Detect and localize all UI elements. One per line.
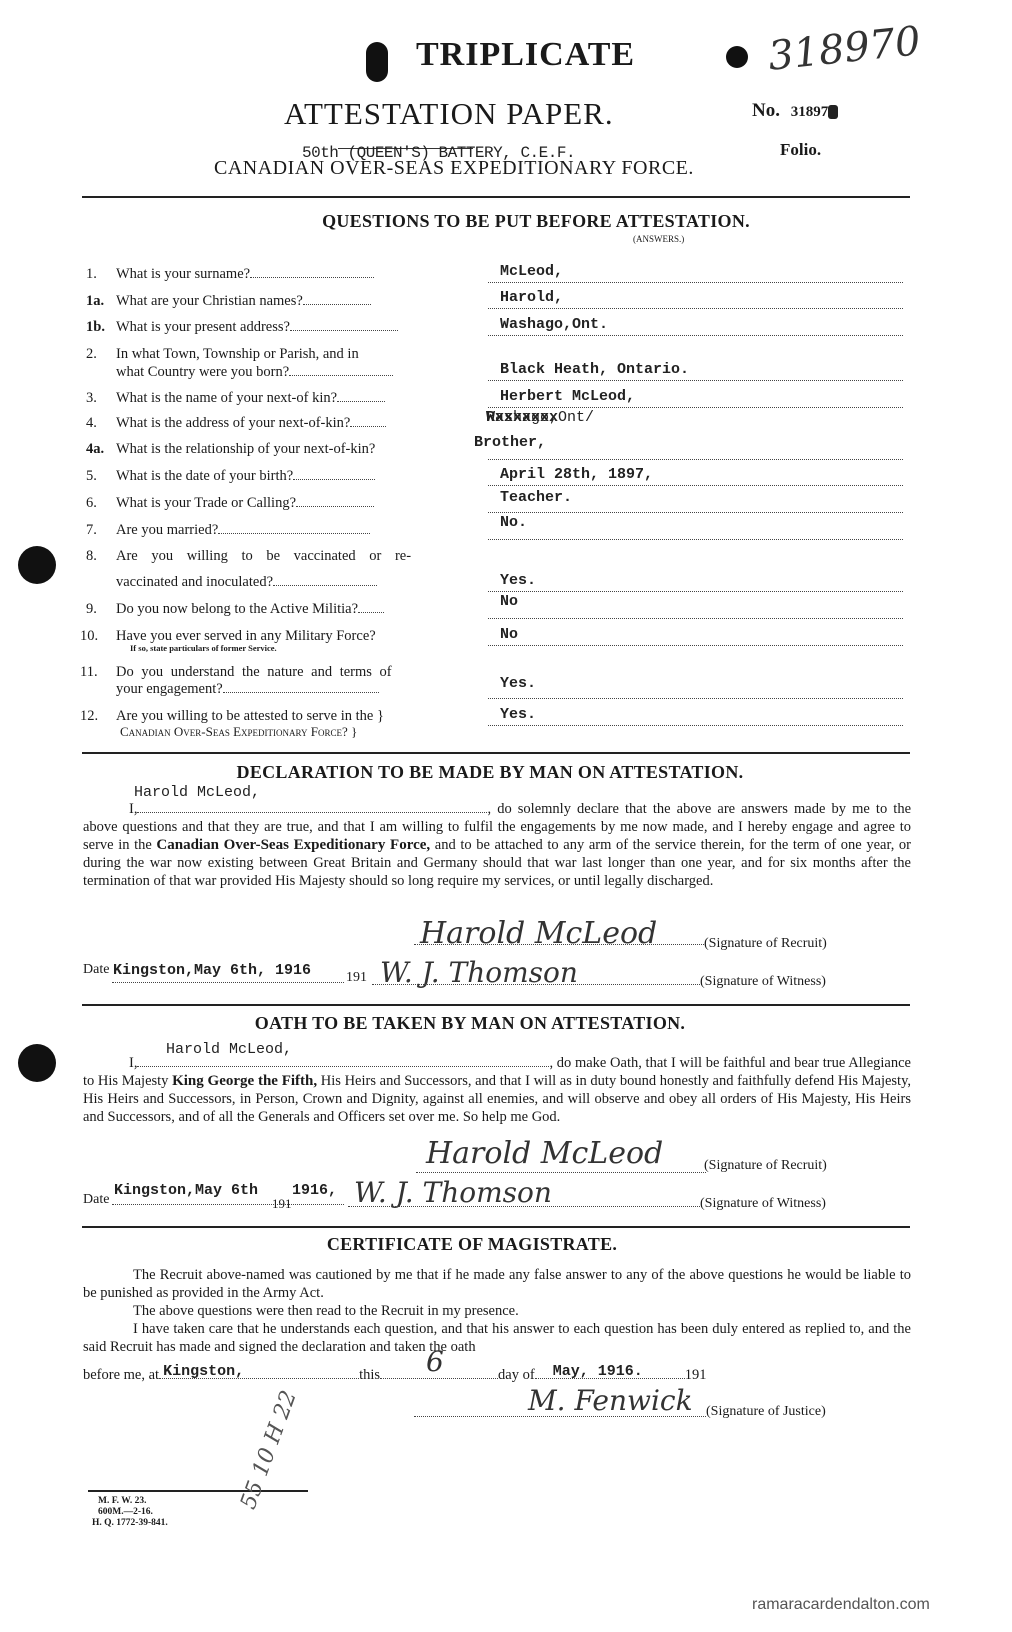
- magistrate-place: Kingston,: [163, 1363, 244, 1380]
- magistrate-title: CERTIFICATE OF MAGISTRATE.: [0, 1234, 978, 1255]
- recruit-signature-line-1: [414, 944, 704, 945]
- magistrate-day: 6: [426, 1345, 444, 1378]
- punch-hole-top-left: [366, 42, 388, 82]
- witness-signature-oath: W. J. Thomson: [354, 1176, 552, 1209]
- recruit-sig-label-1: (Signature of Recruit): [704, 936, 827, 952]
- punch-hole-left-lower: [18, 1044, 56, 1082]
- form-code-3: H. Q. 1772-39-841.: [92, 1518, 168, 1529]
- magistrate-p3: I have taken care that he understands ea…: [83, 1320, 911, 1356]
- question-4a: 4a.What is the relationship of your next…: [86, 440, 375, 458]
- question-2-cont: what Country were you born?: [86, 363, 393, 381]
- question-8-cont: vaccinated and inoculated?: [86, 573, 377, 591]
- answer-active-militia: No: [488, 600, 903, 619]
- magistrate-month: May, 1916.: [553, 1363, 643, 1380]
- question-12-cont: Canadian Over-Seas Expeditionary Force? …: [80, 723, 357, 741]
- number-label: No. 31897: [752, 100, 838, 122]
- answer-trade: Teacher.: [488, 494, 903, 513]
- question-1a: 1a.What are your Christian names?: [86, 292, 371, 310]
- answer-surname: McLeod,: [488, 264, 903, 283]
- watermark: ramaracardendalton.com: [752, 1596, 930, 1614]
- justice-signature: M. Fenwick: [528, 1384, 693, 1417]
- witness-sig-label-1: (Signature of Witness): [700, 974, 826, 990]
- declaration-title: DECLARATION TO BE MADE BY MAN ON ATTESTA…: [0, 762, 996, 783]
- oath-date-value: Kingston,May 6th: [114, 1182, 258, 1199]
- question-4: 4.What is the address of your next-of-ki…: [86, 414, 386, 432]
- recruit-signature-declaration: Harold McLeod: [420, 916, 657, 951]
- declaration-date-line: [112, 982, 344, 983]
- declaration-date-value: Kingston,May 6th, 1916: [113, 962, 311, 979]
- punch-hole-left-middle: [18, 546, 56, 584]
- witness-sig-label-2: (Signature of Witness): [700, 1196, 826, 1212]
- form-code-1: M. F. W. 23.: [92, 1496, 168, 1507]
- answer-attested: Yes.: [488, 707, 903, 726]
- oath-body: I,, do make Oath, that I will be faithfu…: [83, 1054, 911, 1126]
- answers-label: (ANSWERS.): [633, 234, 684, 244]
- question-1: 1.What is your surname?: [86, 265, 374, 283]
- answer-military-force: No: [488, 627, 903, 646]
- question-11: 11.Do you understand the nature and term…: [80, 663, 392, 681]
- question-11-cont: your engagement?: [80, 680, 379, 698]
- answer-relationship: Brother,: [488, 441, 903, 460]
- force-name: CANADIAN OVER-SEAS EXPEDITIONARY FORCE.: [214, 157, 694, 180]
- section-rule-footer: [88, 1490, 308, 1492]
- page-title: ATTESTATION PAPER.: [284, 96, 614, 132]
- answer-married: No.: [488, 521, 903, 540]
- answer-understand-terms: Yes.: [488, 680, 903, 699]
- answer-birthplace: Black Heath, Ontario.: [488, 362, 903, 381]
- witness-signature-line-2: [348, 1206, 702, 1207]
- oath-date-label: Date: [83, 1192, 109, 1208]
- section-rule-oath: [82, 1004, 910, 1006]
- punch-hole-top-right: [726, 46, 748, 68]
- recruit-signature-line-2: [416, 1172, 706, 1173]
- magistrate-p2: The above questions were then read to th…: [83, 1302, 911, 1320]
- question-6: 6.What is your Trade or Calling?: [86, 494, 374, 512]
- question-7: 7.Are you married?: [86, 521, 370, 539]
- oath-year-value: 1916,: [292, 1182, 337, 1199]
- question-1b: 1b.What is your present address?: [86, 318, 398, 336]
- triplicate-stamp: TRIPLICATE: [416, 36, 635, 74]
- handwritten-regimental-number: 318970: [766, 18, 923, 80]
- handwritten-note: 55 10 H 22: [236, 1387, 302, 1512]
- answer-next-of-kin-address: Rxxxxxxx Washago,Ont/: [488, 412, 903, 430]
- form-code: M. F. W. 23. 600M.—2-16. H. Q. 1772-39-8…: [92, 1496, 168, 1529]
- form-code-2: 600M.—2-16.: [92, 1507, 168, 1518]
- declaration-recruit-name: Harold McLeod,: [134, 784, 260, 801]
- declaration-date-row: Date: [83, 962, 109, 978]
- recruit-signature-oath: Harold McLeod: [426, 1136, 663, 1171]
- declaration-year-prefix: 191: [346, 970, 367, 986]
- oath-date-line: [112, 1204, 344, 1205]
- question-2: 2.In what Town, Township or Parish, and …: [86, 345, 359, 363]
- question-3: 3.What is the name of your next-of kin?: [86, 389, 385, 407]
- justice-sig-label: (Signature of Justice): [706, 1404, 826, 1420]
- answer-vaccinated: Yes.: [488, 573, 903, 592]
- declaration-body: I,, do solemnly declare that the above a…: [83, 800, 911, 890]
- section-rule-top: [82, 196, 910, 198]
- witness-signature-line-1: [372, 984, 702, 985]
- justice-signature-line: [414, 1416, 706, 1417]
- section-rule-magistrate: [82, 1226, 910, 1228]
- question-5: 5.What is the date of your birth?: [86, 467, 375, 485]
- question-10-note: If so, state particulars of former Servi…: [130, 643, 277, 653]
- answer-date-of-birth: April 28th, 1897,: [488, 467, 903, 486]
- question-9: 9.Do you now belong to the Active Militi…: [86, 600, 384, 618]
- section-rule-declaration: [82, 752, 910, 754]
- magistrate-p1: The Recruit above-named was cautioned by…: [83, 1266, 911, 1302]
- answer-present-address: Washago,Ont.: [488, 317, 903, 336]
- ink-blot: [828, 105, 838, 119]
- folio-label: Folio.: [780, 140, 821, 160]
- no-value: 31897: [791, 104, 829, 120]
- answer-christian-names: Harold,: [488, 290, 903, 309]
- before-me-row: before me, atKingston,this6day ofMay, 19…: [83, 1367, 706, 1384]
- answer-next-of-kin-name: Herbert McLeod,: [488, 389, 903, 408]
- oath-title: OATH TO BE TAKEN BY MAN ON ATTESTATION.: [0, 1013, 976, 1034]
- question-8: 8.Are you willing to be vaccinated or re…: [86, 547, 411, 565]
- recruit-sig-label-2: (Signature of Recruit): [704, 1158, 827, 1174]
- oath-year-prefix: 191: [272, 1196, 292, 1212]
- no-label: No.: [752, 100, 780, 121]
- questions-section-title: QUESTIONS TO BE PUT BEFORE ATTESTATION.: [30, 211, 1012, 232]
